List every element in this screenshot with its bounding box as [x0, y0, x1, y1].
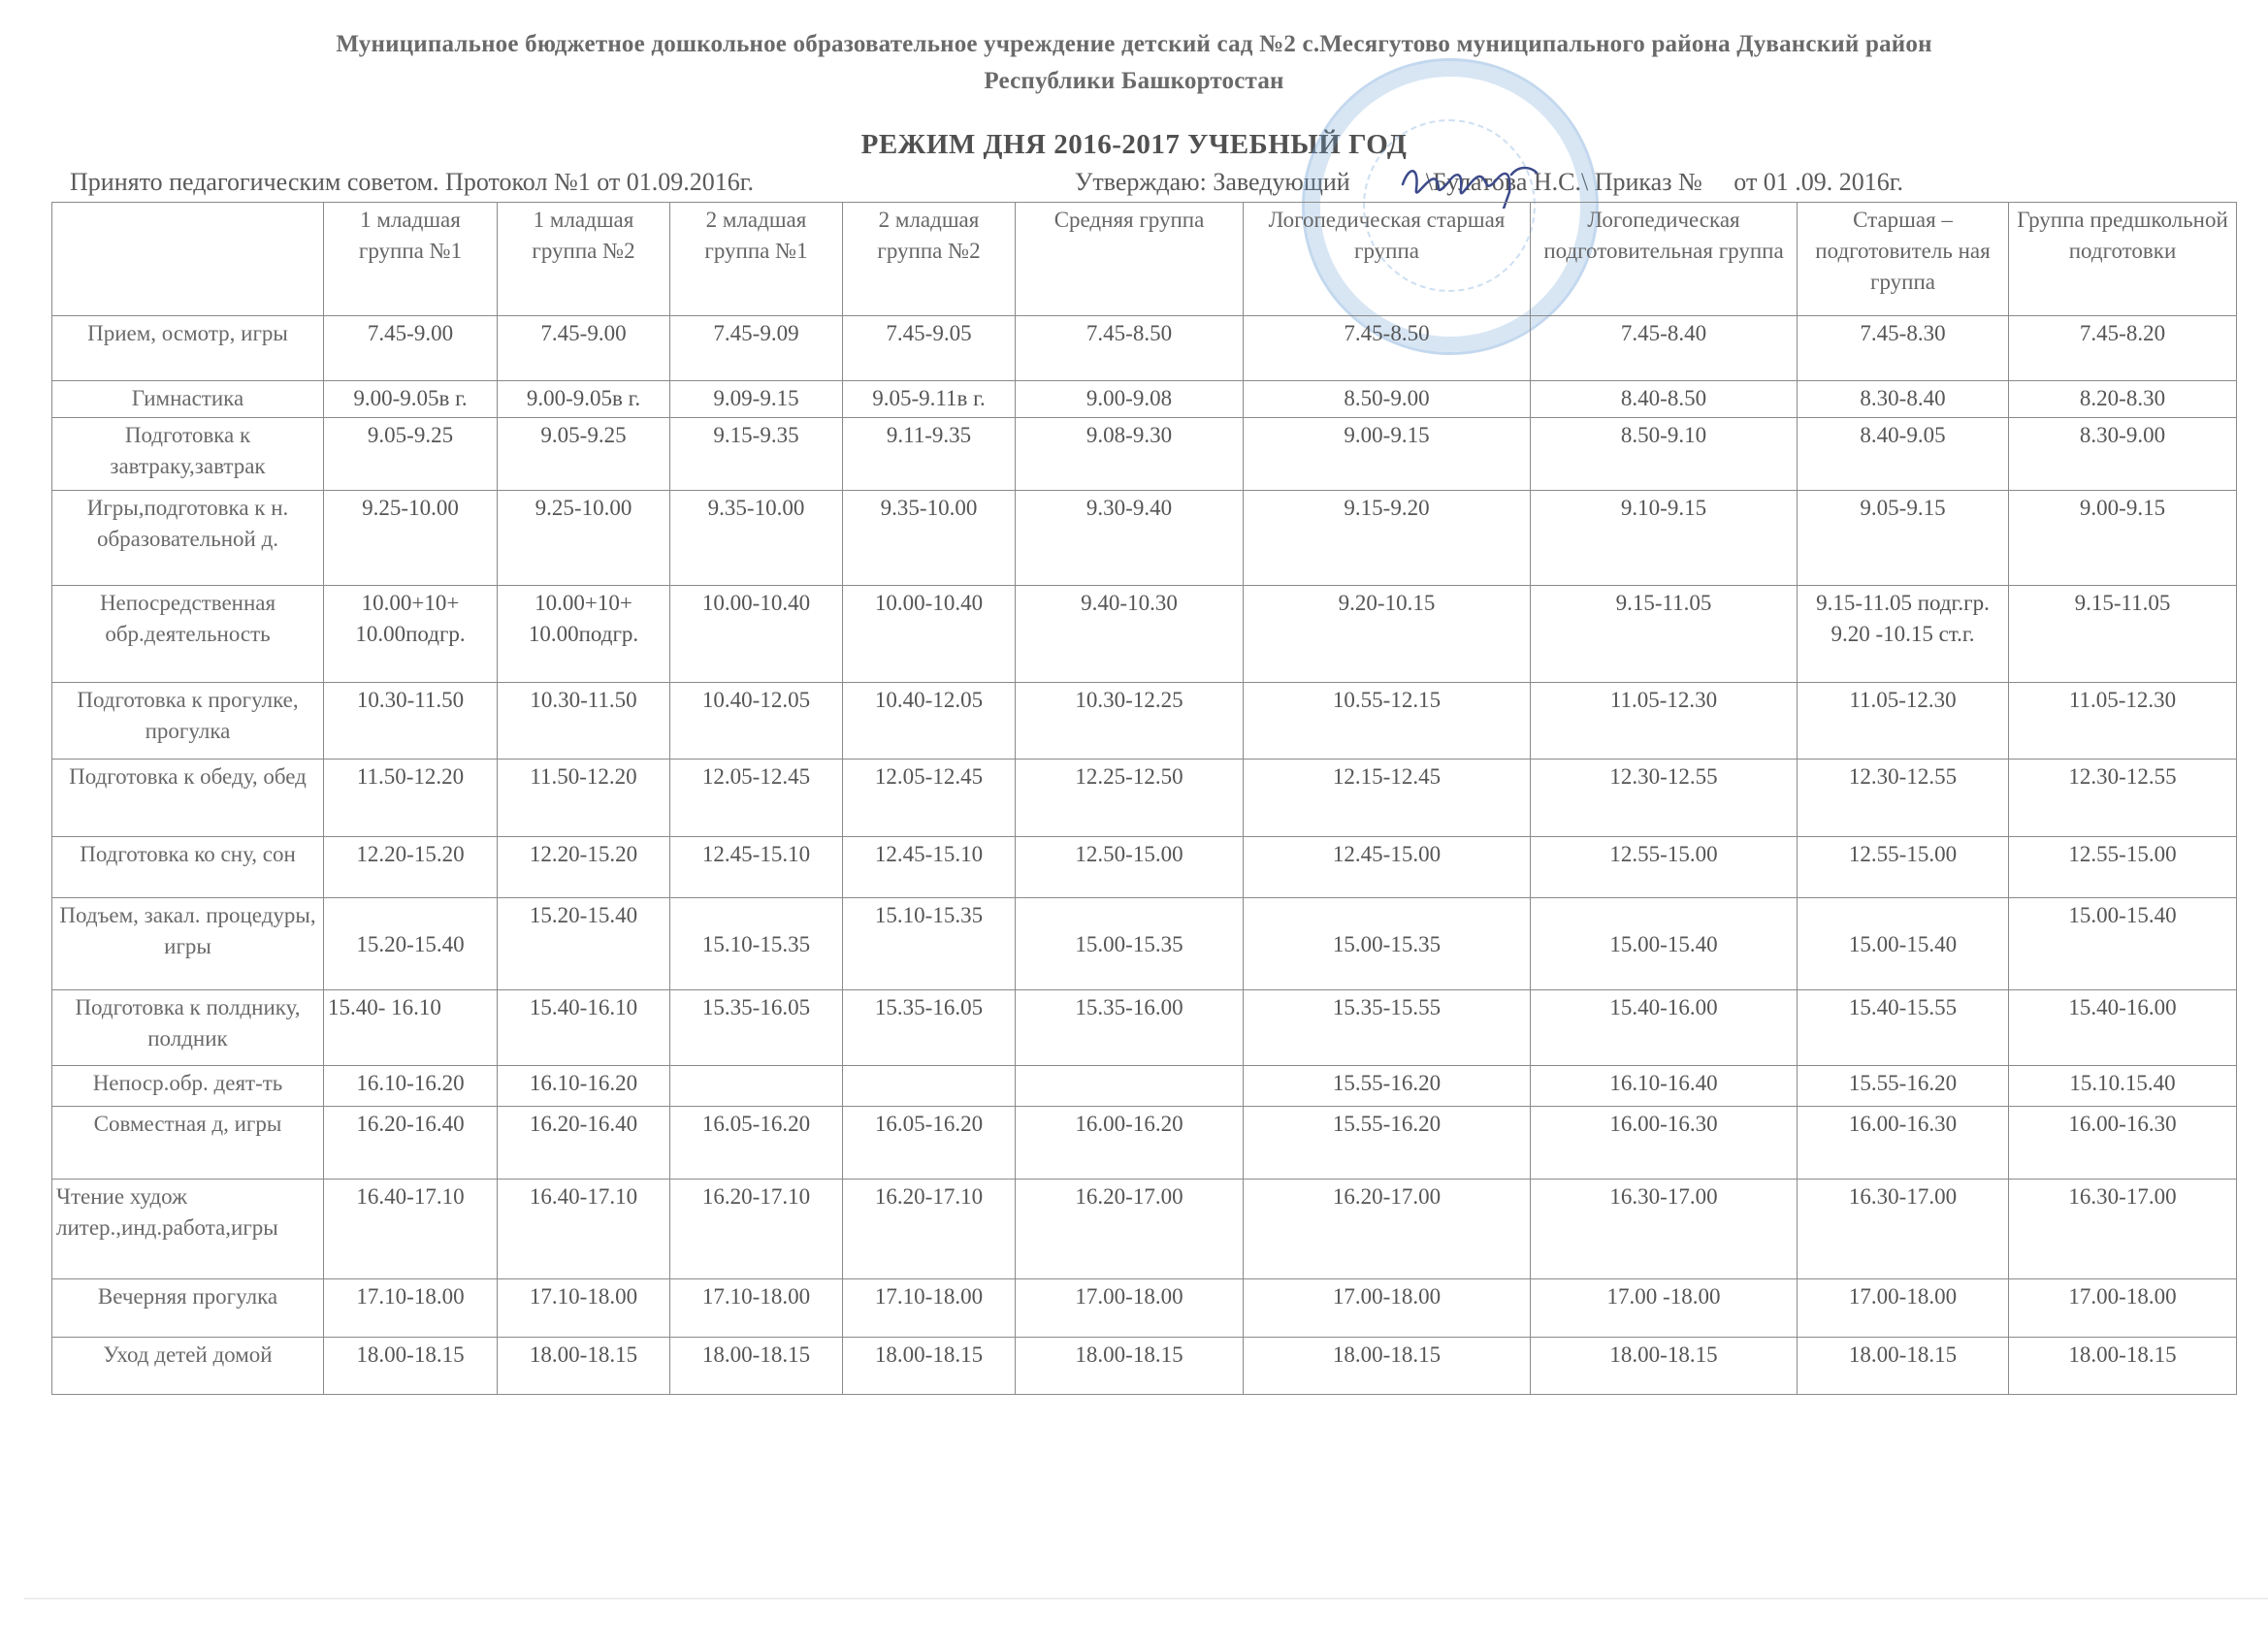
time-cell: 15.10-15.35 [670, 898, 843, 990]
activity-cell: Чтение худож литер.,инд.работа,игры [52, 1180, 324, 1279]
time-cell: 16.20-17.10 [843, 1180, 1016, 1279]
time-cell: 16.00-16.20 [1016, 1107, 1244, 1180]
time-cell: 15.55-16.20 [1798, 1066, 2009, 1107]
time-cell: 15.40-16.00 [2009, 990, 2237, 1066]
time-cell: 16.20-17.10 [670, 1180, 843, 1279]
time-cell: 18.00-18.15 [670, 1338, 843, 1395]
time-cell: 15.35-16.05 [670, 990, 843, 1066]
activity-cell: Подготовка ко сну, сон [52, 837, 324, 898]
time-cell: 11.50-12.20 [324, 760, 498, 837]
time-cell: 12.55-15.00 [2009, 837, 2237, 898]
time-cell: 11.05-12.30 [2009, 683, 2237, 760]
table-row: Чтение худож литер.,инд.работа,игры16.40… [52, 1180, 2237, 1279]
time-cell: 18.00-18.15 [324, 1338, 498, 1395]
time-cell: 15.20-15.40 [498, 898, 670, 990]
time-cell: 8.50-9.00 [1244, 381, 1531, 418]
time-cell: 15.40-16.10 [498, 990, 670, 1066]
time-cell: 10.00-10.40 [670, 586, 843, 683]
time-cell: 12.20-15.20 [324, 837, 498, 898]
time-cell: 18.00-18.15 [843, 1338, 1016, 1395]
time-cell: 16.20-16.40 [498, 1107, 670, 1180]
time-cell: 7.45-9.09 [670, 316, 843, 381]
time-cell: 17.10-18.00 [498, 1279, 670, 1338]
time-cell: 9.00-9.15 [1244, 418, 1531, 491]
time-cell: 17.10-18.00 [843, 1279, 1016, 1338]
activity-cell: Игры,подготовка к н. образовательной д. [52, 491, 324, 586]
time-cell: 7.45-8.20 [2009, 316, 2237, 381]
column-header-group: Группа предшкольной подготовки [2009, 203, 2237, 316]
column-header-group: 2 младшая группа №1 [670, 203, 843, 316]
table-row: Уход детей домой18.00-18.1518.00-18.1518… [52, 1338, 2237, 1395]
time-cell: 12.50-15.00 [1016, 837, 1244, 898]
column-header-group: 1 младшая группа №2 [498, 203, 670, 316]
time-cell [843, 1066, 1016, 1107]
handwritten-signature-icon [1395, 155, 1540, 209]
time-cell: 10.30-11.50 [498, 683, 670, 760]
time-cell: 15.55-16.20 [1244, 1066, 1531, 1107]
time-cell: 16.40-17.10 [498, 1180, 670, 1279]
time-cell: 9.15-11.05 [1531, 586, 1798, 683]
time-cell: 10.55-12.15 [1244, 683, 1531, 760]
time-cell: 12.55-15.00 [1531, 837, 1798, 898]
activity-cell: Непосредственная обр.деятельность [52, 586, 324, 683]
time-cell: 12.30-12.55 [1531, 760, 1798, 837]
time-cell: 15.10-15.35 [843, 898, 1016, 990]
time-cell: 12.05-12.45 [670, 760, 843, 837]
time-cell: 17.00-18.00 [1244, 1279, 1531, 1338]
time-cell: 9.05-9.15 [1798, 491, 2009, 586]
time-cell: 9.15-9.35 [670, 418, 843, 491]
time-cell: 12.55-15.00 [1798, 837, 2009, 898]
time-cell: 9.15-11.05 [2009, 586, 2237, 683]
time-cell: 7.45-9.00 [324, 316, 498, 381]
time-cell: 12.15-12.45 [1244, 760, 1531, 837]
table-row: Подготовка к обеду, обед11.50-12.2011.50… [52, 760, 2237, 837]
time-cell: 15.00-15.40 [1798, 898, 2009, 990]
time-cell: 11.05-12.30 [1531, 683, 1798, 760]
time-cell: 7.45-8.40 [1531, 316, 1798, 381]
daily-schedule-table: 1 младшая группа №11 младшая группа №22 … [51, 202, 2237, 1395]
time-cell: 9.10-9.15 [1531, 491, 1798, 586]
table-row: Подъем, закал. процедуры, игры15.20-15.4… [52, 898, 2237, 990]
time-cell: 7.45-8.30 [1798, 316, 2009, 381]
time-cell: 10.40-12.05 [843, 683, 1016, 760]
time-cell: 9.15-9.20 [1244, 491, 1531, 586]
time-cell: 18.00-18.15 [1016, 1338, 1244, 1395]
time-cell: 8.40-8.50 [1531, 381, 1798, 418]
accepted-note: Принято педагогическим советом. Протокол… [70, 168, 754, 197]
time-cell: 12.45-15.10 [843, 837, 1016, 898]
time-cell: 11.05-12.30 [1798, 683, 2009, 760]
table-row: Непоср.обр. деят-ть16.10-16.2016.10-16.2… [52, 1066, 2237, 1107]
time-cell: 18.00-18.15 [498, 1338, 670, 1395]
time-cell: 8.30-9.00 [2009, 418, 2237, 491]
time-cell: 10.00+10+ 10.00подгр. [498, 586, 670, 683]
time-cell: 9.05-9.11в г. [843, 381, 1016, 418]
time-cell: 15.00-15.35 [1244, 898, 1531, 990]
time-cell: 16.10-16.40 [1531, 1066, 1798, 1107]
column-header-group: Средняя группа [1016, 203, 1244, 316]
time-cell: 17.00-18.00 [1016, 1279, 1244, 1338]
time-cell: 9.00-9.05в г. [498, 381, 670, 418]
activity-cell: Подготовка к прогулке, прогулка [52, 683, 324, 760]
activity-cell: Подготовка к полднику, полдник [52, 990, 324, 1066]
document-title: РЕЖИМ ДНЯ 2016-2017 УЧЕБНЫЙ ГОД [0, 129, 2268, 161]
time-cell: 15.10.15.40 [2009, 1066, 2237, 1107]
table-row: Подготовка к прогулке, прогулка10.30-11.… [52, 683, 2237, 760]
time-cell: 10.40-12.05 [670, 683, 843, 760]
column-header-group: 2 младшая группа №2 [843, 203, 1016, 316]
time-cell: 16.40-17.10 [324, 1180, 498, 1279]
activity-cell: Совместная д, игры [52, 1107, 324, 1180]
time-cell: 12.30-12.55 [2009, 760, 2237, 837]
time-cell: 16.30-17.00 [2009, 1180, 2237, 1279]
time-cell: 7.45-8.50 [1244, 316, 1531, 381]
time-cell: 9.05-9.25 [498, 418, 670, 491]
table-row: Подготовка к завтраку,завтрак9.05-9.259.… [52, 418, 2237, 491]
organization-region: Республики Башкортостан [0, 68, 2268, 95]
time-cell: 17.00 -18.00 [1531, 1279, 1798, 1338]
column-header-group: Логопедическая подготовительная группа [1531, 203, 1798, 316]
time-cell: 15.35-16.00 [1016, 990, 1244, 1066]
time-cell: 9.00-9.15 [2009, 491, 2237, 586]
time-cell: 16.10-16.20 [498, 1066, 670, 1107]
time-cell: 18.00-18.15 [1244, 1338, 1531, 1395]
table-row: Гимнастика9.00-9.05в г.9.00-9.05в г.9.09… [52, 381, 2237, 418]
time-cell: 9.00-9.05в г. [324, 381, 498, 418]
time-cell: 9.09-9.15 [670, 381, 843, 418]
time-cell: 9.35-10.00 [843, 491, 1016, 586]
time-cell: 15.55-16.20 [1244, 1107, 1531, 1180]
time-cell: 17.00-18.00 [1798, 1279, 2009, 1338]
time-cell: 12.05-12.45 [843, 760, 1016, 837]
time-cell: 18.00-18.15 [1531, 1338, 1798, 1395]
time-cell: 10.30-11.50 [324, 683, 498, 760]
table-header-row: 1 младшая группа №11 младшая группа №22 … [52, 203, 2237, 316]
time-cell: 15.00-15.40 [2009, 898, 2237, 990]
time-cell: 15.35-16.05 [843, 990, 1016, 1066]
time-cell: 12.45-15.00 [1244, 837, 1531, 898]
time-cell [1016, 1066, 1244, 1107]
table-row: Подготовка ко сну, сон12.20-15.2012.20-1… [52, 837, 2237, 898]
time-cell: 9.15-11.05 подг.гр. 9.20 -10.15 ст.г. [1798, 586, 2009, 683]
time-cell: 11.50-12.20 [498, 760, 670, 837]
activity-cell: Подготовка к завтраку,завтрак [52, 418, 324, 491]
time-cell: 7.45-8.50 [1016, 316, 1244, 381]
time-cell: 12.30-12.55 [1798, 760, 2009, 837]
time-cell: 15.35-15.55 [1244, 990, 1531, 1066]
time-cell: 8.40-9.05 [1798, 418, 2009, 491]
time-cell: 9.20-10.15 [1244, 586, 1531, 683]
table-row: Игры,подготовка к н. образовательной д.9… [52, 491, 2237, 586]
time-cell: 18.00-18.15 [2009, 1338, 2237, 1395]
time-cell: 7.45-9.05 [843, 316, 1016, 381]
time-cell: 10.00+10+ 10.00подгр. [324, 586, 498, 683]
time-cell: 9.40-10.30 [1016, 586, 1244, 683]
time-cell: 15.40-15.55 [1798, 990, 2009, 1066]
activity-cell: Уход детей домой [52, 1338, 324, 1395]
time-cell: 9.25-10.00 [324, 491, 498, 586]
time-cell: 16.20-17.00 [1016, 1180, 1244, 1279]
activity-cell: Непоср.обр. деят-ть [52, 1066, 324, 1107]
table-row: Подготовка к полднику, полдник15.40- 16.… [52, 990, 2237, 1066]
column-header-group: 1 младшая группа №1 [324, 203, 498, 316]
time-cell: 16.00-16.30 [1798, 1107, 2009, 1180]
time-cell [670, 1066, 843, 1107]
time-cell: 16.00-16.30 [2009, 1107, 2237, 1180]
activity-cell: Гимнастика [52, 381, 324, 418]
time-cell: 9.30-9.40 [1016, 491, 1244, 586]
time-cell: 17.10-18.00 [670, 1279, 843, 1338]
time-cell: 16.05-16.20 [843, 1107, 1016, 1180]
time-cell: 9.00-9.08 [1016, 381, 1244, 418]
column-header-group: Старшая – подготовитель ная группа [1798, 203, 2009, 316]
time-cell: 12.25-12.50 [1016, 760, 1244, 837]
table-row: Непосредственная обр.деятельность10.00+1… [52, 586, 2237, 683]
time-cell: 9.08-9.30 [1016, 418, 1244, 491]
column-header-group: Логопедическая старшая группа [1244, 203, 1531, 316]
activity-cell: Подготовка к обеду, обед [52, 760, 324, 837]
table-row: Вечерняя прогулка17.10-18.0017.10-18.001… [52, 1279, 2237, 1338]
time-cell: 8.50-9.10 [1531, 418, 1798, 491]
time-cell: 12.45-15.10 [670, 837, 843, 898]
time-cell: 10.30-12.25 [1016, 683, 1244, 760]
activity-cell: Подъем, закал. процедуры, игры [52, 898, 324, 990]
table-row: Совместная д, игры16.20-16.4016.20-16.40… [52, 1107, 2237, 1180]
time-cell: 9.11-9.35 [843, 418, 1016, 491]
time-cell: 16.20-17.00 [1244, 1180, 1531, 1279]
time-cell: 15.20-15.40 [324, 898, 498, 990]
time-cell: 9.35-10.00 [670, 491, 843, 586]
time-cell: 7.45-9.00 [498, 316, 670, 381]
time-cell: 16.00-16.30 [1531, 1107, 1798, 1180]
time-cell: 15.40- 16.10 [324, 990, 498, 1066]
time-cell: 16.20-16.40 [324, 1107, 498, 1180]
activity-cell: Вечерняя прогулка [52, 1279, 324, 1338]
time-cell: 9.05-9.25 [324, 418, 498, 491]
time-cell: 16.10-16.20 [324, 1066, 498, 1107]
time-cell: 16.30-17.00 [1531, 1180, 1798, 1279]
time-cell: 9.25-10.00 [498, 491, 670, 586]
time-cell: 16.30-17.00 [1798, 1180, 2009, 1279]
table-row: Прием, осмотр, игры7.45-9.007.45-9.007.4… [52, 316, 2237, 381]
time-cell: 17.00-18.00 [2009, 1279, 2237, 1338]
time-cell: 18.00-18.15 [1798, 1338, 2009, 1395]
organization-name: Муниципальное бюджетное дошкольное образ… [0, 31, 2268, 58]
column-header-activity [52, 203, 324, 316]
time-cell: 12.20-15.20 [498, 837, 670, 898]
scan-edge-divider [24, 1598, 2268, 1600]
time-cell: 15.00-15.35 [1016, 898, 1244, 990]
time-cell: 10.00-10.40 [843, 586, 1016, 683]
time-cell: 16.05-16.20 [670, 1107, 843, 1180]
time-cell: 8.30-8.40 [1798, 381, 2009, 418]
activity-cell: Прием, осмотр, игры [52, 316, 324, 381]
time-cell: 17.10-18.00 [324, 1279, 498, 1338]
time-cell: 8.20-8.30 [2009, 381, 2237, 418]
time-cell: 15.40-16.00 [1531, 990, 1798, 1066]
time-cell: 15.00-15.40 [1531, 898, 1798, 990]
